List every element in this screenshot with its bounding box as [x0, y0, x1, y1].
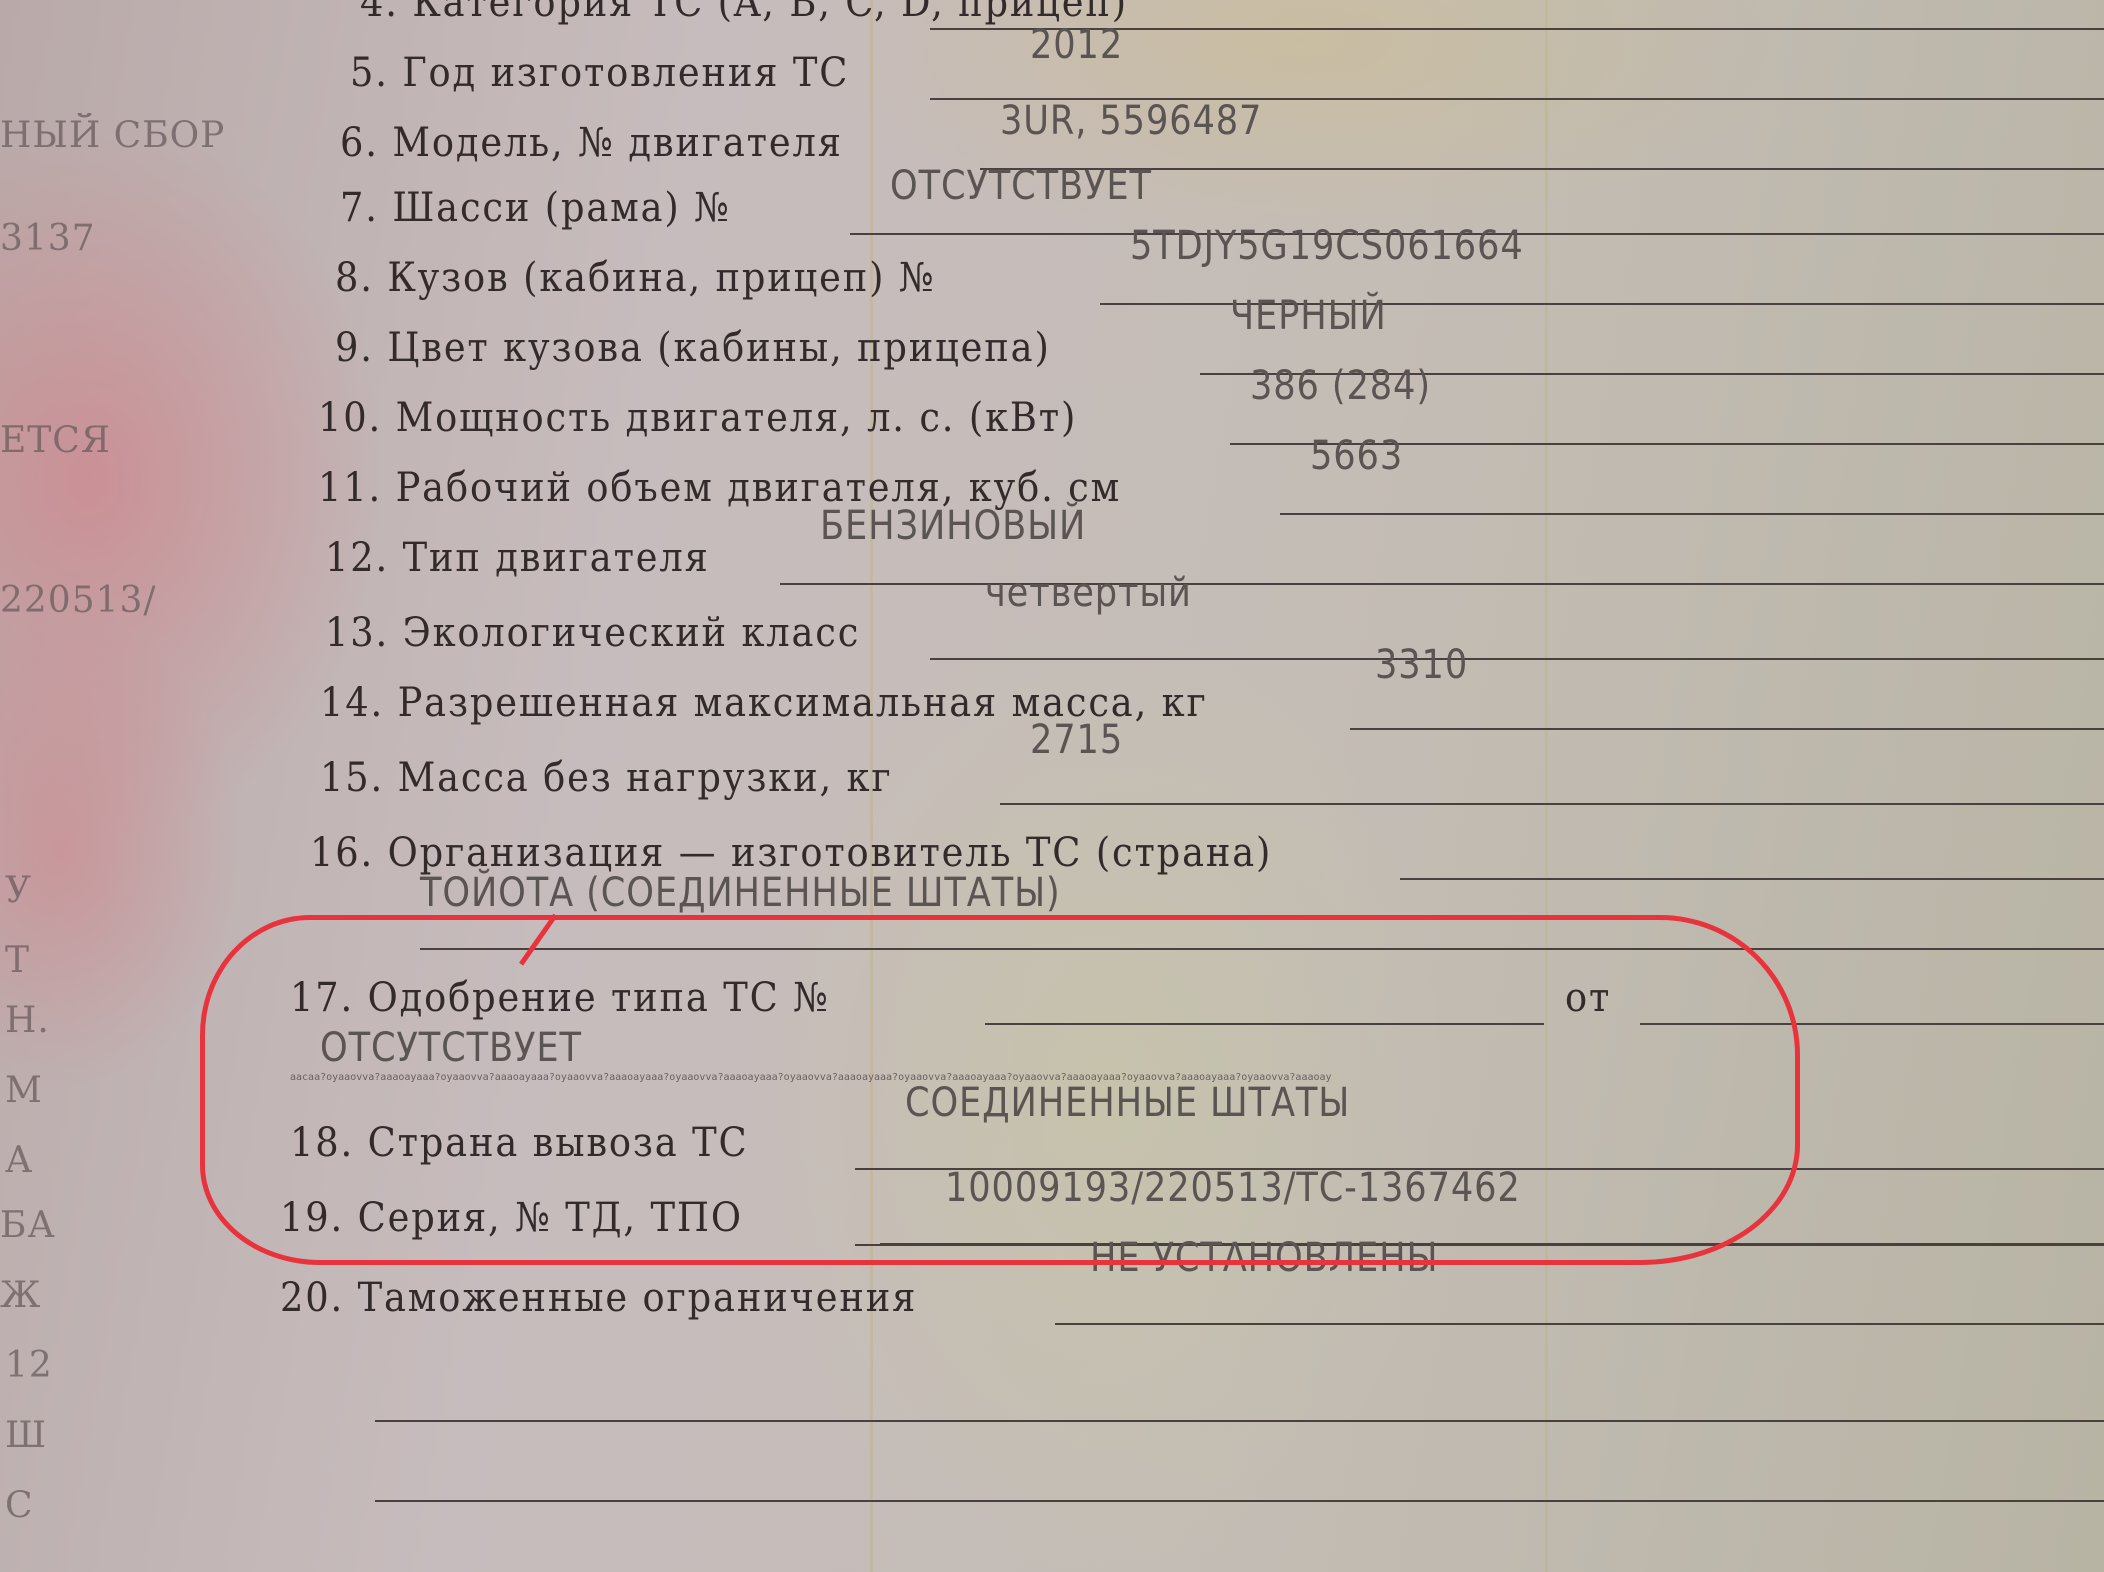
field-label: 4. Категория ТС (A, B, C, D, прицеп) [360, 0, 1128, 26]
field-label: 12. Тип двигателя [325, 535, 710, 581]
red-annotation-stroke [519, 914, 558, 966]
microtext-divider: aacaa?oyaaovva?aaaoayaaa?oyaaovva?aaaoay… [290, 1072, 2104, 1084]
field-label: 10. Мощность двигателя, л. с. (кВт) [318, 395, 1077, 441]
field-value: четвертый [985, 570, 1192, 616]
field-row-13: 13. Экологический классчетвертый [0, 600, 2104, 670]
field-label: 17. Одобрение типа ТС № [290, 975, 830, 1021]
field-value: 3UR, 5596487 [1000, 98, 1262, 144]
field-underline [1350, 728, 2104, 730]
field-value: ОТСУТСТВУЕТ [890, 163, 1152, 209]
field-value: 386 (284) [1250, 363, 1431, 409]
field-underline-second [420, 948, 2104, 950]
field-label: 18. Страна вывоза ТС [290, 1120, 748, 1166]
field-label: 7. Шасси (рама) № [340, 185, 731, 231]
field-value: 5663 [1310, 433, 1403, 479]
field-underline [1400, 878, 2104, 880]
field-value: НЕ УСТАНОВЛЕНЫ [1090, 1235, 1438, 1281]
field-row-8: 8. Кузов (кабина, прицеп) №5TDJY5G19CS06… [0, 245, 2104, 315]
field-underline [930, 658, 2104, 660]
field-value: 3310 [1375, 642, 1468, 688]
field-underline [985, 1023, 1544, 1025]
field-underline [1055, 1323, 2104, 1325]
field-value: СОЕДИНЕННЫЕ ШТАТЫ [905, 1080, 1350, 1126]
field-label: 9. Цвет кузова (кабины, прицепа) [335, 325, 1051, 371]
field-label: 15. Масса без нагрузки, кг [320, 755, 892, 801]
field-label: 5. Год изготовления ТС [350, 50, 849, 96]
field-value: 2715 [1030, 717, 1123, 763]
field-row-15: 15. Масса без нагрузки, кг2715 [0, 745, 2104, 815]
margin-letter: С [5, 1485, 34, 1526]
margin-letter: 12 [5, 1345, 53, 1386]
field-label: 8. Кузов (кабина, прицеп) № [335, 255, 936, 301]
field-row-16: 16. Организация — изготовитель ТС (стран… [0, 820, 2104, 890]
field-underline [780, 583, 2104, 585]
field-value: 5TDJY5G19CS061664 [1130, 223, 1524, 269]
field-underline [880, 1243, 2104, 1245]
field-row-7: 7. Шасси (рама) №ОТСУТСТВУЕТ [0, 175, 2104, 245]
field-value: ТОЙОТА (СОЕДИНЕННЫЕ ШТАТЫ) [420, 870, 1061, 916]
field-value: БЕНЗИНОВЫЙ [820, 503, 1086, 549]
field-from-label: от [1565, 975, 1611, 1021]
field-row-20: 20. Таможенные ограниченияНЕ УСТАНОВЛЕНЫ [0, 1265, 2104, 1335]
field-label: 19. Серия, № ТД, ТПО [280, 1195, 743, 1241]
blank-line [375, 1500, 2104, 1502]
field-value: 10009193/220513/ТС-1367462 [945, 1165, 1521, 1211]
field-label: 6. Модель, № двигателя [340, 120, 843, 166]
field-underline-date [1640, 1023, 2104, 1025]
field-row-9: 9. Цвет кузова (кабины, прицепа)ЧЕРНЫЙ [0, 315, 2104, 385]
margin-letter: М [5, 1070, 43, 1111]
field-value: 2012 [1030, 22, 1123, 68]
field-value: ЧЕРНЫЙ [1230, 293, 1387, 339]
field-row-19: 19. Серия, № ТД, ТПО10009193/220513/ТС-1… [0, 1185, 2104, 1255]
blank-line [375, 1420, 2104, 1422]
field-row-17: 17. Одобрение типа ТС №отОТСУТСТВУЕТ [0, 965, 2104, 1035]
margin-letter: Ш [5, 1415, 47, 1456]
field-value: ОТСУТСТВУЕТ [320, 1025, 582, 1071]
field-label: 13. Экологический класс [325, 610, 860, 656]
field-row-10: 10. Мощность двигателя, л. с. (кВт)386 (… [0, 385, 2104, 455]
field-underline [1280, 513, 2104, 515]
field-label: 20. Таможенные ограничения [280, 1275, 917, 1321]
field-underline [1000, 803, 2104, 805]
